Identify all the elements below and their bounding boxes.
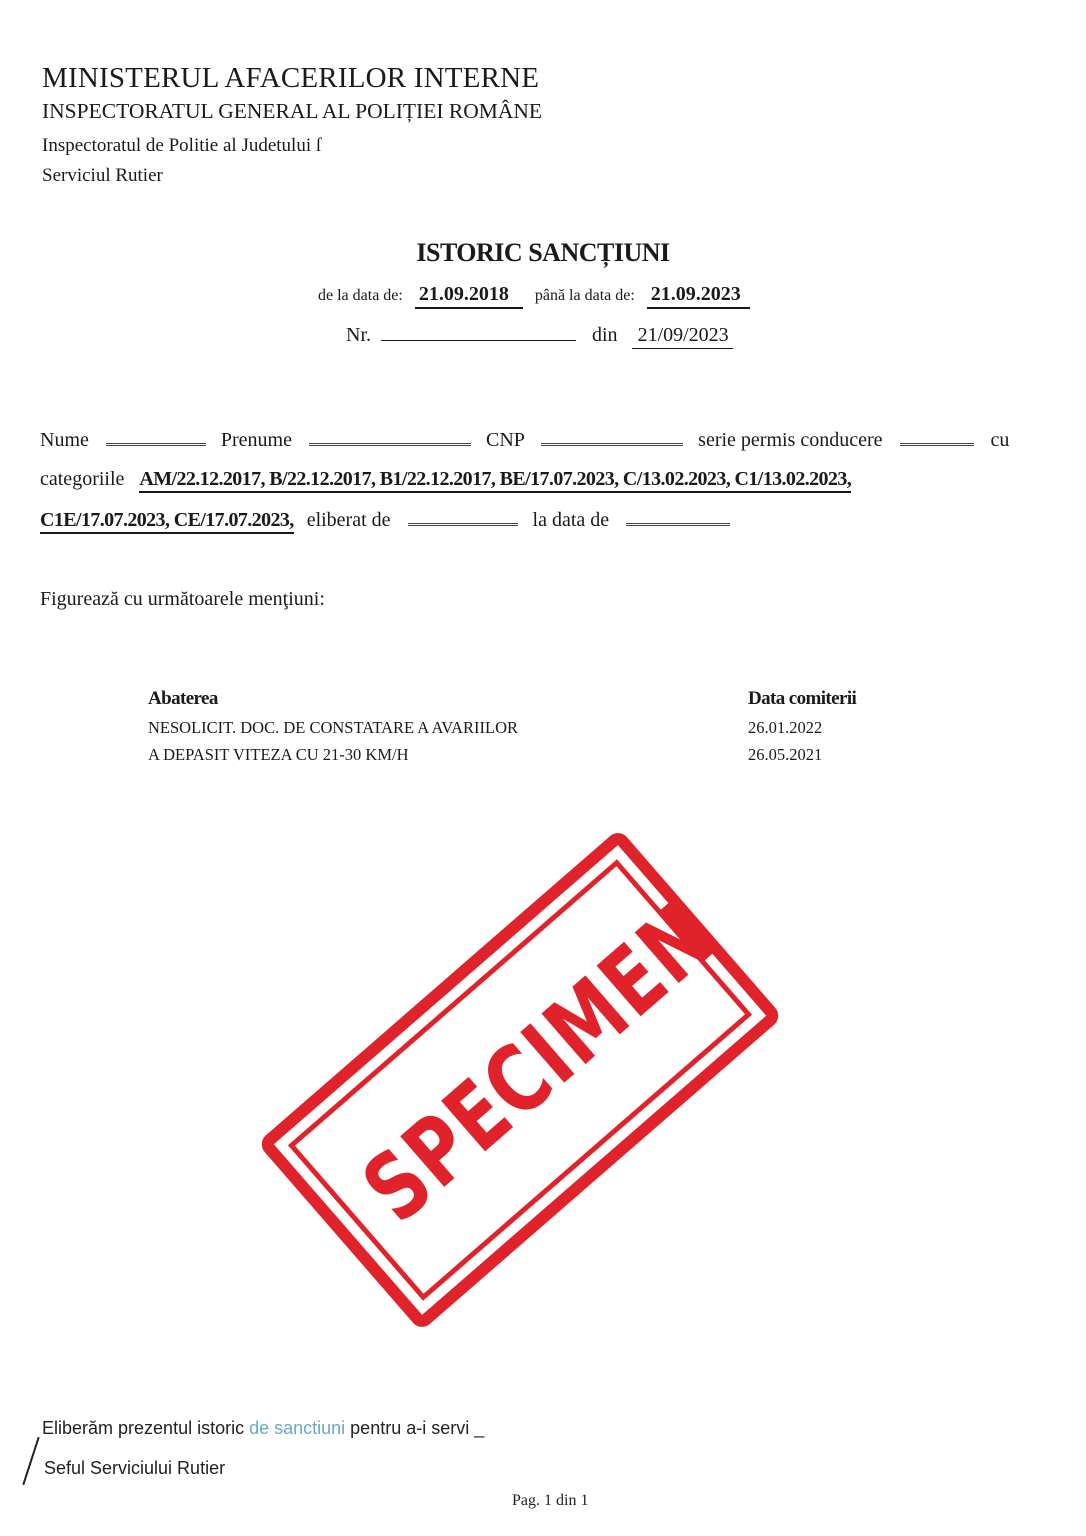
offense-date-row-2: 26.05.2021 [748, 745, 822, 765]
signature-mark [22, 1437, 39, 1485]
issue-date-label: la data de [533, 509, 610, 531]
specimen-stamp: SPECIMEN [257, 828, 783, 1332]
document-title: ISTORIC SANCȚIUNI [0, 238, 1086, 268]
issued-by-field [408, 507, 518, 526]
release-text-b: pentru a-i servi _ [345, 1418, 484, 1438]
prenume-label: Prenume [221, 429, 292, 451]
ministry-name: MINISTERUL AFACERILOR INTERNE [42, 62, 539, 95]
number-line: Nr.din21/09/2023 [346, 322, 733, 349]
nume-field [106, 427, 206, 446]
from-date: 21.09.2018 [415, 283, 523, 309]
county-inspectorate-name: Inspectoratul de Politie al Judetului ſ [42, 135, 321, 157]
release-statement: Eliberăm prezentul istoric de sanctiuni … [42, 1418, 484, 1439]
issue-date-field [626, 507, 730, 526]
holder-line-1: Nume Prenume CNP serie permis conducere … [40, 427, 1009, 452]
offense-row-2: A DEPASIT VITEZA CU 21-30 KM/H [148, 745, 409, 765]
categories-value-line-1: AM/22.12.2017, B/22.12.2017, B1/22.12.20… [139, 468, 851, 493]
nr-field [381, 322, 576, 341]
inspectorate-general-name: INSPECTORATUL GENERAL AL POLIȚIEI ROMÂNE [42, 99, 542, 124]
din-date: 21/09/2023 [632, 324, 733, 349]
din-label: din [592, 324, 618, 346]
categories-value-line-2: C1E/17.07.2023, CE/17.07.2023, [40, 509, 294, 534]
prenume-field [309, 427, 471, 446]
release-text-a: Eliberăm prezentul istoric [42, 1418, 249, 1438]
cu-label: cu [991, 429, 1010, 451]
offense-date-row-1: 26.01.2022 [748, 718, 822, 738]
release-text-faded: de sanctiuni [249, 1418, 345, 1438]
from-label: de la data de: [318, 287, 403, 304]
issued-by-label: eliberat de [307, 509, 391, 531]
cnp-field [541, 427, 683, 446]
nume-label: Nume [40, 429, 89, 451]
signatory-title: Seful Serviciului Rutier [44, 1458, 225, 1479]
holder-line-2: categoriile AM/22.12.2017, B/22.12.2017,… [40, 468, 851, 493]
period-line: de la data de: 21.09.2018 până la data d… [318, 283, 750, 309]
license-series-field [900, 427, 974, 446]
service-name: Serviciul Rutier [42, 165, 163, 187]
column-header-offense: Abaterea [148, 688, 218, 710]
categories-label: categoriile [40, 468, 124, 490]
holder-line-3: C1E/17.07.2023, CE/17.07.2023, eliberat … [40, 507, 730, 534]
offense-row-1: NESOLICIT. DOC. DE CONSTATARE A AVARIILO… [148, 718, 518, 738]
mentions-intro: Figurează cu următoarele menţiuni: [40, 588, 325, 611]
license-series-label: serie permis conducere [698, 429, 882, 451]
cnp-label: CNP [486, 429, 524, 451]
to-label: până la data de: [535, 287, 635, 304]
to-date: 21.09.2023 [647, 283, 750, 309]
column-header-date: Data comiterii [748, 688, 856, 710]
page-number: Pag. 1 din 1 [512, 1492, 588, 1510]
nr-label: Nr. [346, 324, 371, 346]
